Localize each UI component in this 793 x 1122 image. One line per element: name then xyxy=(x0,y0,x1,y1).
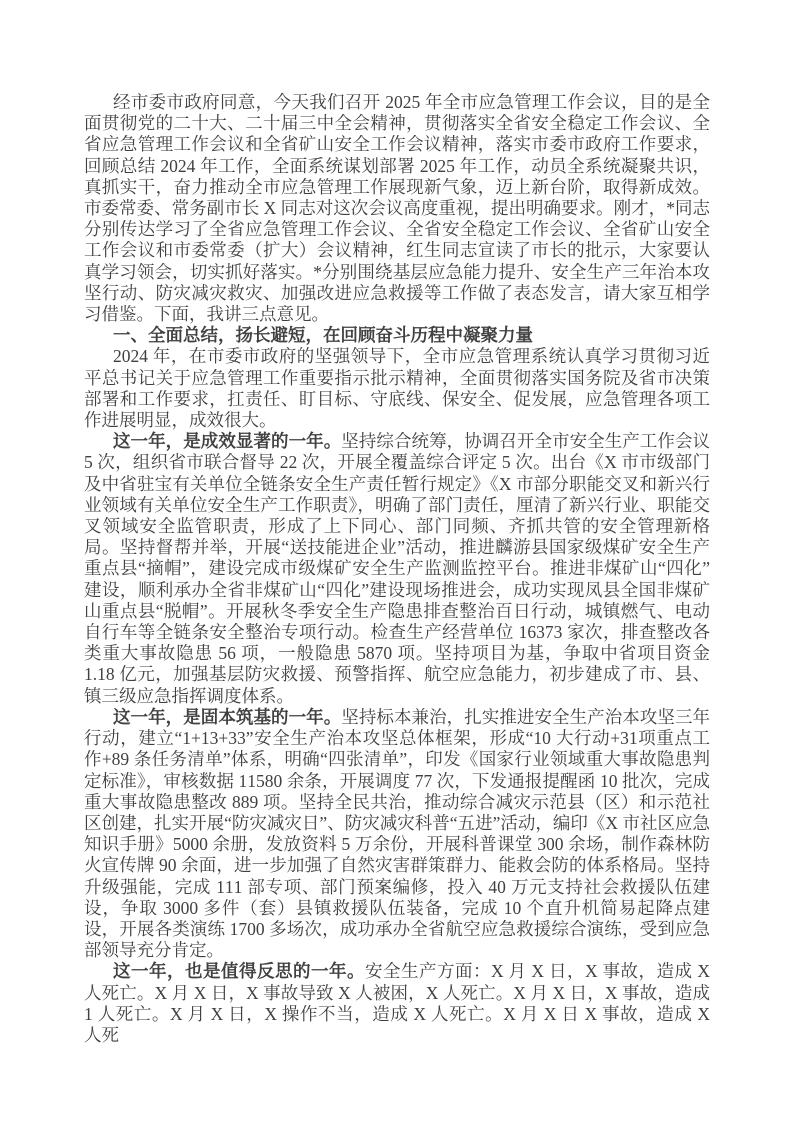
paragraph-achievements-lead: 这一年，是成效显著的一年。 xyxy=(113,431,341,451)
paragraph-foundation: 这一年，是固本筑基的一年。坚持标本兼治，扎实推进安全生产治本攻坚三年行动，建立“… xyxy=(84,707,710,961)
paragraph-reflection-lead: 这一年，也是值得反思的一年。 xyxy=(113,961,365,981)
document-page: 经市委市政府同意，今天我们召开 2025 年全市应急管理工作会议，目的是全面贯彻… xyxy=(0,0,793,1122)
paragraph-reflection: 这一年，也是值得反思的一年。安全生产方面：X 月 X 日，X 事故，造成 X 人… xyxy=(84,961,710,1046)
section-heading-1: 一、全面总结，扬长避短，在回顾奋斗历程中凝聚力量 xyxy=(84,325,710,346)
paragraph-foundation-text: 坚持标本兼治，扎实推进安全生产治本攻坚三年行动，建立“1+13+33”安全生产治… xyxy=(84,707,710,960)
paragraph-achievements: 这一年，是成效显著的一年。坚持综合统筹，协调召开全市安全生产工作会议 5 次，组… xyxy=(84,431,710,707)
paragraph-foundation-lead: 这一年，是固本筑基的一年。 xyxy=(113,707,341,727)
paragraph-intro: 经市委市政府同意，今天我们召开 2025 年全市应急管理工作会议，目的是全面贯彻… xyxy=(84,92,710,325)
paragraph-year-overview: 2024 年，在市委市政府的坚强领导下，全市应急管理系统认真学习贯彻习近平总书记… xyxy=(84,346,710,431)
paragraph-achievements-text: 坚持综合统筹，协调召开全市安全生产工作会议 5 次，组织省市联合督导 22 次，… xyxy=(84,431,710,705)
